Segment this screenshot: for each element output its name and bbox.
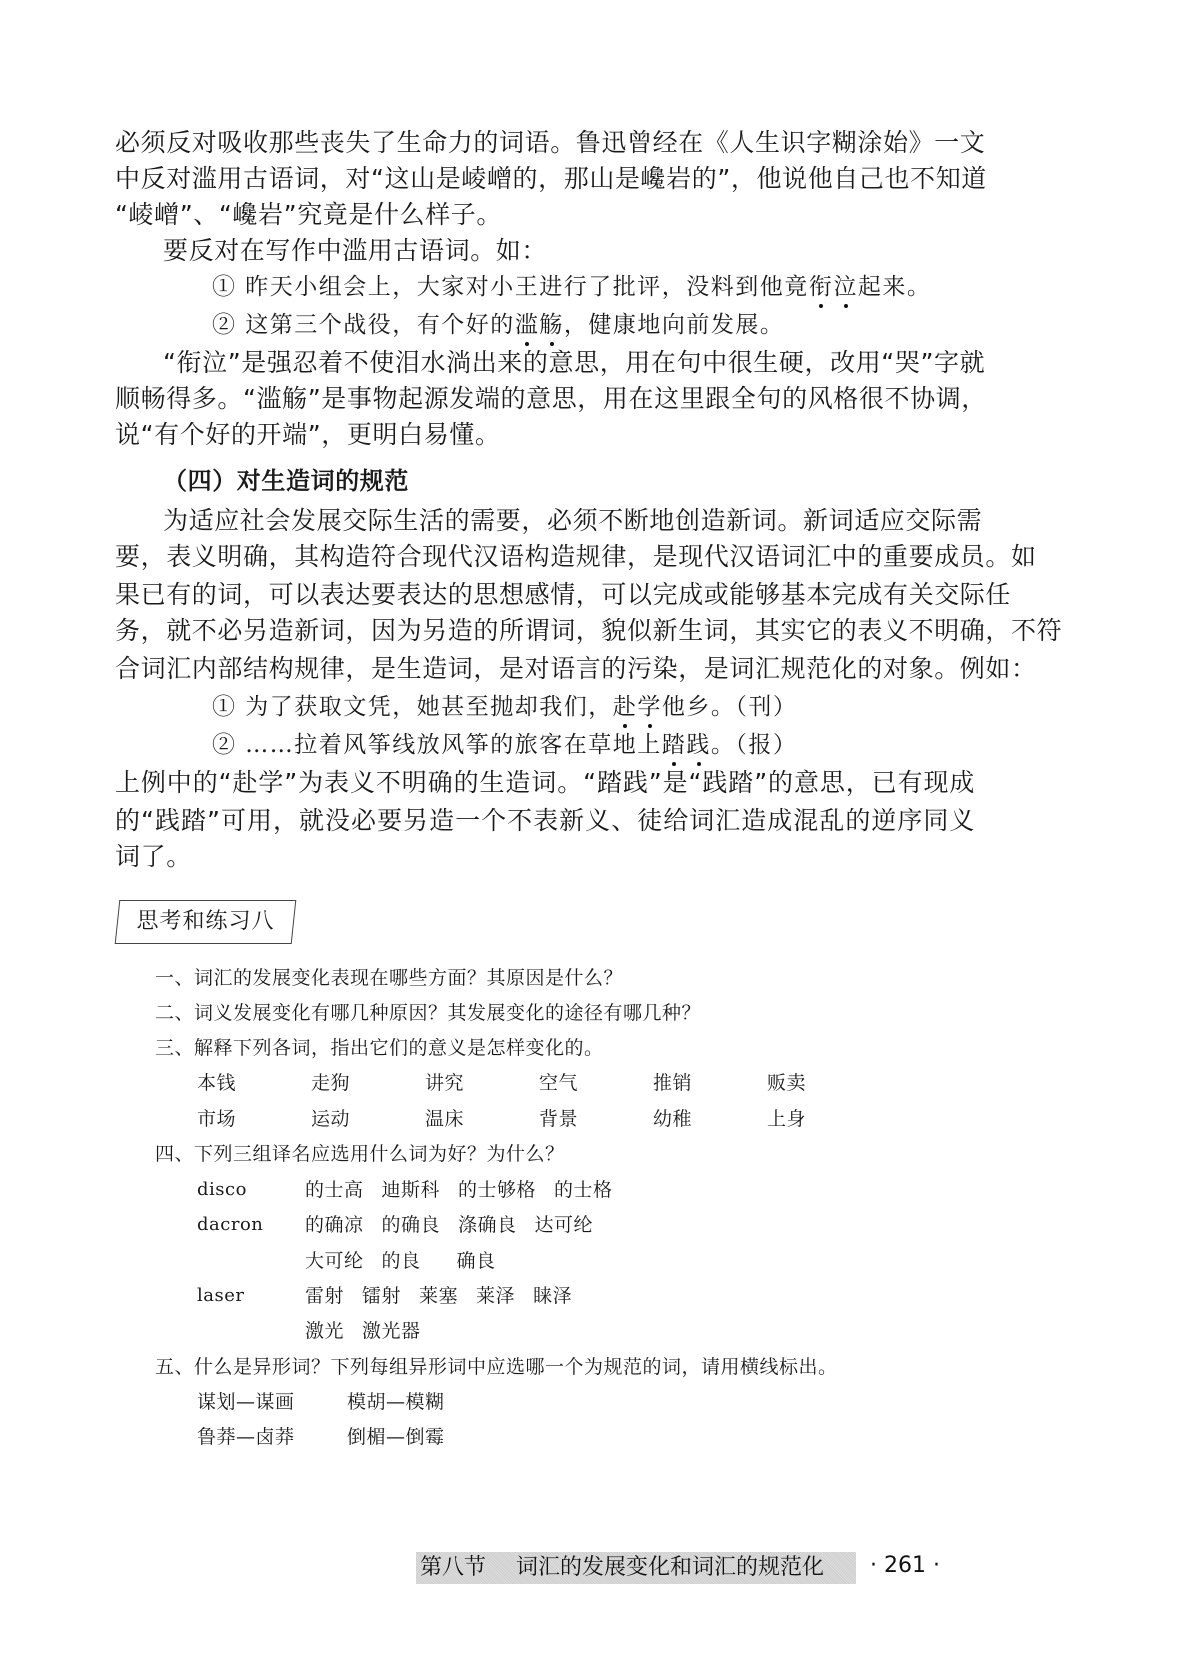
body-line: 要反对在写作中滥用古语词。如：	[163, 236, 547, 266]
word-item: 推销	[653, 1070, 767, 1096]
translation-option: 确良	[457, 1250, 496, 1272]
body-line: 说“有个好的开端”，更明白易懂。	[115, 420, 501, 450]
translation-option: 激光器	[362, 1320, 421, 1342]
translation-term: disco	[197, 1177, 247, 1203]
example-text: ① 昨天小组会上，大家对小王进行了批评，没料到他竟	[212, 274, 809, 300]
translation-option: 达可纶	[535, 1214, 594, 1236]
emphasis-char: 滥	[515, 312, 540, 338]
example-text: ① 为了获取文凭，她甚至抛却我们，	[212, 694, 613, 720]
page-number: · 261 ·	[870, 1550, 940, 1582]
translation-option: 的良	[382, 1250, 421, 1272]
exercise-title: 思考和练习八	[118, 901, 293, 943]
word-item: 贩卖	[767, 1070, 881, 1096]
word-item: 空气	[539, 1070, 653, 1096]
body-line: “崚嶒”、“巉岩”究竟是什么样子。	[115, 200, 502, 230]
translation-option: 迪斯科	[382, 1179, 441, 1201]
body-line: 中反对滥用古语词，对“这山是崚嶒的，那山是巉岩的”，他说他自己也不知道	[115, 164, 975, 194]
example-sentence: ① 为了获取文凭，她甚至抛却我们，赴学他乡。（刊）	[212, 692, 797, 722]
translation-option: 的士高	[305, 1179, 364, 1201]
example-text: 起来。	[858, 274, 932, 300]
body-line: 必须反对吸收那些丧失了生命力的词语。鲁迅曾经在《人生识字糊涂始》一文	[115, 128, 975, 158]
emphasis-char: 赴	[613, 694, 638, 720]
body-line: “衔泣”是强忍着不使泪水淌出来的意思，用在句中很生硬，改用“哭”字就	[163, 348, 975, 378]
word-item: 上身	[767, 1106, 881, 1132]
translation-options: 的士高迪斯科的士够格的士格	[305, 1177, 631, 1203]
emphasis-char: 衔	[809, 274, 834, 300]
variant-pair: 谋划—谋画	[197, 1389, 347, 1415]
emphasized-word: 衔泣	[809, 274, 858, 300]
translation-option: 大可纶	[305, 1250, 364, 1272]
translation-option: 激光	[305, 1320, 344, 1342]
footer-chapter-title: 词汇的发展变化和词汇的规范化	[516, 1555, 824, 1580]
body-line: 上例中的“赴学”为表义不明确的生造词。“踏践”是“践踏”的意思，已有现成	[115, 768, 975, 798]
example-sentence: ② ……拉着风筝线放风筝的旅客在草地上踏践。（报）	[212, 730, 797, 760]
exercise-title-box: 思考和练习八	[115, 900, 297, 944]
emphasis-dotted-text: 衔泣	[809, 274, 858, 300]
exercise-question-2: 二、词义发展变化有哪几种原因？其发展变化的途径有哪几种？	[155, 1000, 701, 1026]
word-item: 本钱	[197, 1070, 311, 1096]
emphasis-char: 觞	[539, 312, 564, 338]
textbook-page: 必须反对吸收那些丧失了生命力的词语。鲁迅曾经在《人生识字糊涂始》一文 中反对滥用…	[0, 0, 1200, 1669]
exercise-question-4: 四、下列三组译名应选用什么词为好？为什么？	[155, 1141, 565, 1167]
body-line: 务，就不必另造新词，因为另造的所谓词，貌似新生词，其实它的表义不明确，不符	[115, 616, 975, 646]
body-line: 要，表义明确，其构造符合现代汉语构造规律，是现代汉语词汇中的重要成员。如	[115, 542, 975, 572]
body-line: 顺畅得多。“滥觞”是事物起源发端的意思，用在这里跟全句的风格很不协调，	[115, 384, 975, 414]
emphasis-char: 泣	[833, 274, 858, 300]
word-list-row: 市场 运动 温床 背景 幼稚 上身	[197, 1106, 881, 1132]
translation-option: 的确良	[382, 1214, 441, 1236]
exercise-question-1: 一、词汇的发展变化表现在哪些方面？其原因是什么？	[155, 965, 623, 991]
word-item: 运动	[311, 1106, 425, 1132]
example-text: ，健康地向前发展。	[564, 312, 785, 338]
variant-pair: 倒楣—倒霉	[347, 1424, 497, 1450]
translation-options: 激光激光器	[305, 1318, 439, 1344]
example-text: ② ……拉着风筝线放风筝的旅客在草地上	[212, 732, 662, 758]
section-heading: （四）对生造词的规范	[163, 466, 409, 496]
exercise-question-5: 五、什么是异形词？下列每组异形词中应选哪一个为规范的词，请用横线标出。	[155, 1354, 838, 1380]
example-sentence: ① 昨天小组会上，大家对小王进行了批评，没料到他竟衔泣起来。	[212, 272, 931, 302]
emphasis-char: 学	[637, 694, 662, 720]
body-line: 果已有的词，可以表达要表达的思想感情，可以完成或能够基本完成有关交际任	[115, 580, 975, 610]
variant-pair-row: 谋划—谋画模胡—模糊	[197, 1389, 497, 1415]
footer-section-number: 第八节	[420, 1555, 486, 1580]
variant-pair: 鲁莽—卤莽	[197, 1424, 347, 1450]
translation-options: 雷射镭射莱塞莱泽睐泽	[305, 1283, 590, 1309]
emphasized-word: 滥觞	[515, 312, 564, 338]
translation-options: 大可纶的良确良	[305, 1248, 514, 1274]
emphasized-word: 踏践	[662, 732, 711, 758]
word-list-row: 本钱 走狗 讲究 空气 推销 贩卖	[197, 1070, 881, 1096]
translation-option: 涤确良	[458, 1214, 517, 1236]
emphasized-word: 赴学	[613, 694, 662, 720]
example-text: 。（报）	[711, 732, 798, 758]
word-item: 走狗	[311, 1070, 425, 1096]
translation-option: 镭射	[362, 1285, 401, 1307]
example-text: 他乡。（刊）	[662, 694, 798, 720]
body-line: 合词汇内部结构规律，是生造词，是对语言的污染，是词汇规范化的对象。例如：	[115, 654, 975, 684]
variant-pair: 模胡—模糊	[347, 1389, 497, 1415]
word-item: 讲究	[425, 1070, 539, 1096]
word-item: 市场	[197, 1106, 311, 1132]
example-sentence: ② 这第三个战役，有个好的滥觞，健康地向前发展。	[212, 310, 784, 340]
variant-pair-row: 鲁莽—卤莽倒楣—倒霉	[197, 1424, 497, 1450]
translation-term: laser	[197, 1283, 244, 1309]
word-item: 温床	[425, 1106, 539, 1132]
translation-option: 的确凉	[305, 1214, 364, 1236]
emphasis-char: 践	[686, 732, 711, 758]
translation-option: 莱塞	[419, 1285, 458, 1307]
emphasis-char: 踏	[662, 732, 687, 758]
word-item: 幼稚	[653, 1106, 767, 1132]
translation-option: 的士格	[554, 1179, 613, 1201]
body-line: 的“践踏”可用，就没必要另造一个不表新义、徒给词汇造成混乱的逆序同义	[115, 806, 975, 836]
example-text: ② 这第三个战役，有个好的	[212, 312, 515, 338]
translation-term: dacron	[197, 1212, 263, 1238]
translation-option: 雷射	[305, 1285, 344, 1307]
translation-option: 莱泽	[476, 1285, 515, 1307]
running-footer: 第八节词汇的发展变化和词汇的规范化	[420, 1552, 824, 1584]
translation-options: 的确凉的确良涤确良达可纶	[305, 1212, 611, 1238]
body-line: 词了。	[115, 842, 192, 872]
exercise-question-3: 三、解释下列各词，指出它们的意义是怎样变化的。	[155, 1035, 604, 1061]
word-item: 背景	[539, 1106, 653, 1132]
body-line: 为适应社会发展交际生活的需要，必须不断地创造新词。新词适应交际需	[163, 506, 975, 536]
translation-option: 睐泽	[533, 1285, 572, 1307]
translation-option: 的士够格	[458, 1179, 536, 1201]
